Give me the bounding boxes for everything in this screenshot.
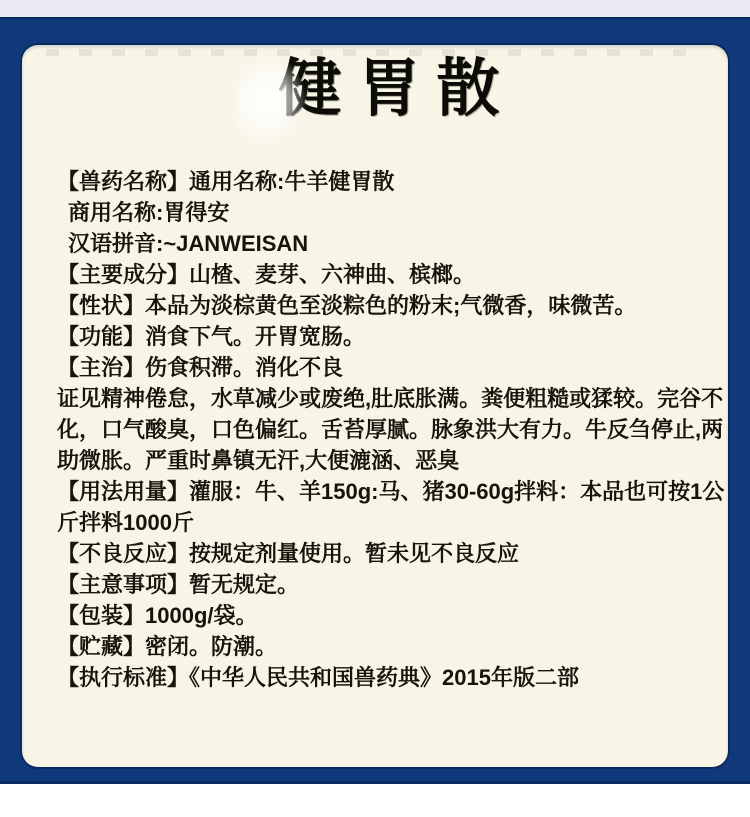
label-line: 【主意事项】暂无规定。 — [57, 569, 717, 600]
label-line: 化，口气酸臭，口色偏红。舌苔厚腻。脉象洪大有力。牛反刍停止,两 — [57, 414, 717, 445]
label-line: 【功能】消食下气。开胃宽肠。 — [57, 321, 717, 352]
label-line: 证见精神倦怠，水草减少或废绝,肚底胀满。粪便粗糙或猱较。完谷不 — [57, 383, 717, 414]
label-line: 【性状】本品为淡棕黄色至淡粽色的粉末;气微香，味微苦。 — [57, 290, 717, 321]
label-line: 助微胀。严重时鼻镇无汗,大便漉涵、恶臭 — [57, 445, 717, 476]
label-line: 斤拌料1000斤 — [57, 507, 717, 538]
blue-frame: 健胃散 【兽药名称】通用名称:牛羊健胃散商用名称:胃得安汉语拼音:~JANWEI… — [0, 17, 750, 784]
label-line: 【包装】1000g/袋。 — [57, 600, 717, 631]
label-line: 【不良反应】按规定剂量使用。暂未见不良反应 — [57, 538, 717, 569]
label-page: 健胃散 【兽药名称】通用名称:牛羊健胃散商用名称:胃得安汉语拼音:~JANWEI… — [0, 0, 750, 817]
label-line: 商用名称:胃得安 — [57, 197, 717, 228]
label-line: 【主治】伤食积滞。消化不良 — [57, 352, 717, 383]
label-text-block: 【兽药名称】通用名称:牛羊健胃散商用名称:胃得安汉语拼音:~JANWEISAN【… — [57, 166, 717, 693]
label-line: 汉语拼音:~JANWEISAN — [57, 228, 717, 259]
label-panel: 健胃散 【兽药名称】通用名称:牛羊健胃散商用名称:胃得安汉语拼音:~JANWEI… — [22, 45, 728, 767]
label-line: 【贮藏】密闭。防潮。 — [57, 631, 717, 662]
top-strip — [0, 0, 750, 17]
title-area: 健胃散 — [22, 55, 728, 135]
label-line: 【兽药名称】通用名称:牛羊健胃散 — [57, 166, 717, 197]
label-line: 【执行标准】《中华人民共和国兽药典》2015年版二部 — [57, 662, 717, 693]
label-line: 【用法用量】灌服：牛、羊150g:马、猪30-60g拌料：本品也可按1公 — [57, 476, 717, 507]
product-title: 健胃散 — [22, 55, 728, 123]
label-line: 【主要成分】山楂、麦芽、六神曲、槟榔。 — [57, 259, 717, 290]
